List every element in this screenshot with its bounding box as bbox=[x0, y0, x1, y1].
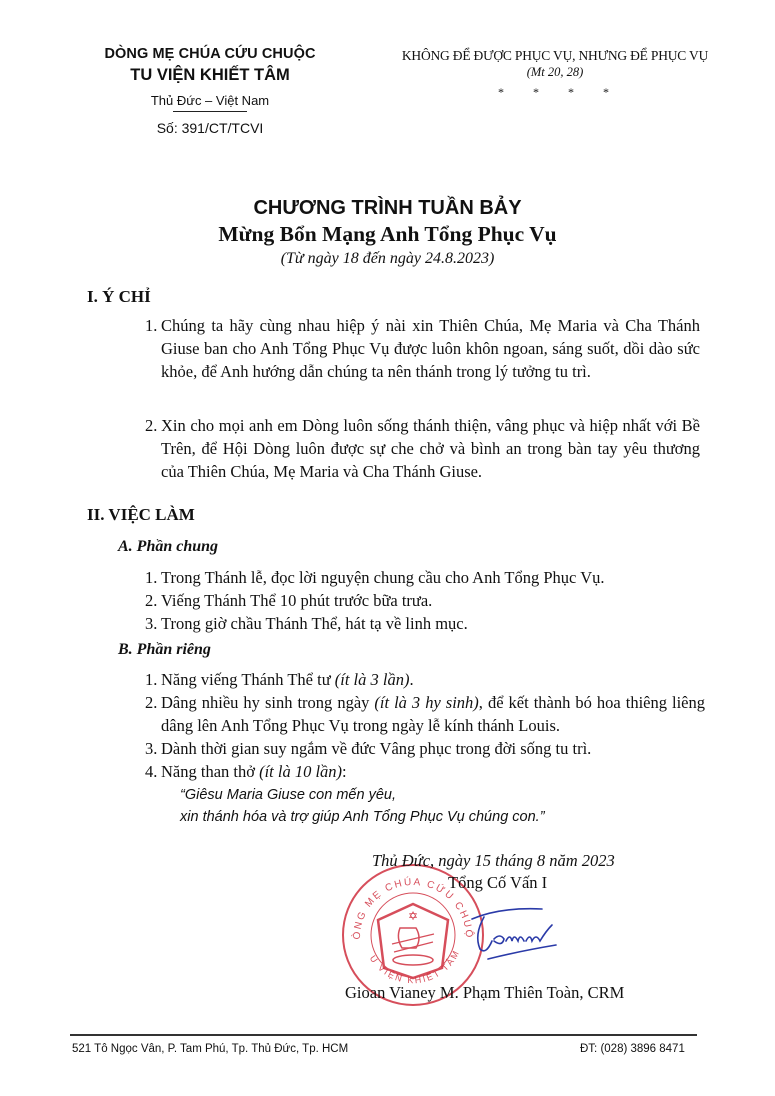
list-item: 2. Viếng Thánh Thể 10 phút trước bữa trư… bbox=[145, 589, 705, 612]
list-item: 2. Xin cho mọi anh em Dòng luôn sống thá… bbox=[145, 414, 700, 483]
footer-phone: ĐT: (028) 3896 8471 bbox=[580, 1043, 685, 1055]
signer-name: Gioan Vianey M. Phạm Thiên Toàn, CRM bbox=[345, 983, 624, 1003]
item-number: 3. bbox=[145, 737, 157, 760]
item-note: (ít là 3 lần) bbox=[335, 670, 410, 689]
list-item: 1. Trong Thánh lễ, đọc lời nguyện chung … bbox=[145, 566, 705, 589]
item-number: 1. bbox=[145, 566, 157, 589]
item-number: 4. bbox=[145, 760, 157, 783]
item-text: Dâng nhiều hy sinh trong ngày bbox=[161, 693, 374, 712]
prayer-line: “Giêsu Maria Giuse con mến yêu, bbox=[180, 784, 545, 806]
item-text: Năng viếng Thánh Thể tư bbox=[161, 670, 335, 689]
prayer-line: xin thánh hóa và trợ giúp Anh Tổng Phục … bbox=[180, 806, 545, 828]
page-title: CHƯƠNG TRÌNH TUẦN BẢY bbox=[0, 197, 775, 220]
item-text-after: . bbox=[409, 670, 413, 689]
signature-date: Thủ Đức, ngày 15 tháng 8 năm 2023 bbox=[372, 851, 615, 871]
signature-role: Tổng Cố Vấn I bbox=[448, 873, 547, 893]
item-note: (ít là 10 lần) bbox=[259, 762, 342, 781]
item-note: (ít là 3 hy sinh) bbox=[374, 693, 478, 712]
ornament-stars: * * * * bbox=[390, 85, 720, 100]
footer-divider bbox=[70, 1034, 697, 1036]
motto: KHÔNG ĐỂ ĐƯỢC PHỤC VỤ, NHƯNG ĐỂ PHỤC VỤ bbox=[390, 48, 720, 64]
item-text: Chúng ta hãy cùng nhau hiệp ý nài xin Th… bbox=[161, 314, 700, 383]
list-item: 1. Năng viếng Thánh Thể tư (ít là 3 lần)… bbox=[145, 668, 705, 691]
item-number: 2. bbox=[145, 414, 157, 437]
item-number: 3. bbox=[145, 612, 157, 635]
item-text-after: : bbox=[342, 762, 347, 781]
item-number: 1. bbox=[145, 314, 157, 337]
section-2-heading: II. VIỆC LÀM bbox=[87, 505, 195, 525]
list-item: 3. Dành thời gian suy ngắm về đức Vâng p… bbox=[145, 737, 705, 760]
page-subtitle: Mừng Bổn Mạng Anh Tổng Phục Vụ bbox=[0, 222, 775, 247]
house-name: TU VIỆN KHIẾT TÂM bbox=[95, 66, 325, 85]
item-number: 1. bbox=[145, 668, 157, 691]
prayer-quote: “Giêsu Maria Giuse con mến yêu, xin thán… bbox=[180, 784, 545, 828]
part-b-heading: B. Phần riêng bbox=[118, 641, 211, 659]
date-range: (Từ ngày 18 đến ngày 24.8.2023) bbox=[0, 250, 775, 268]
motto-reference: (Mt 20, 28) bbox=[390, 65, 720, 80]
letterhead-left: DÒNG MẸ CHÚA CỨU CHUỘC TU VIỆN KHIẾT TÂM… bbox=[95, 46, 325, 136]
list-item: 3. Trong giờ chầu Thánh Thể, hát tạ về l… bbox=[145, 612, 705, 635]
title-block: CHƯƠNG TRÌNH TUẦN BẢY Mừng Bổn Mạng Anh … bbox=[0, 197, 775, 268]
item-text: Dành thời gian suy ngắm về đức Vâng phục… bbox=[161, 737, 705, 760]
reference-number: Số: 391/CT/TCVI bbox=[95, 120, 325, 136]
organization-name: DÒNG MẸ CHÚA CỨU CHUỘC bbox=[95, 46, 325, 62]
handwritten-signature bbox=[470, 905, 580, 965]
location-underline bbox=[173, 111, 247, 112]
item-text: Xin cho mọi anh em Dòng luôn sống thánh … bbox=[161, 414, 700, 483]
item-number: 2. bbox=[145, 691, 157, 714]
star-icon: ✡ bbox=[408, 909, 418, 923]
item-text: Năng than thở bbox=[161, 762, 259, 781]
item-text: Trong Thánh lễ, đọc lời nguyện chung cầu… bbox=[161, 566, 705, 589]
item-number: 2. bbox=[145, 589, 157, 612]
item-text: Trong giờ chầu Thánh Thể, hát tạ về linh… bbox=[161, 612, 705, 635]
footer-address: 521 Tô Ngọc Vân, P. Tam Phú, Tp. Thủ Đức… bbox=[72, 1043, 348, 1055]
list-item: 2. Dâng nhiều hy sinh trong ngày (ít là … bbox=[145, 691, 705, 737]
part-a-heading: A. Phần chung bbox=[118, 538, 218, 556]
list-item: 4. Năng than thở (ít là 10 lần): bbox=[145, 760, 705, 783]
location: Thủ Đức – Việt Nam bbox=[151, 93, 269, 108]
section-1-heading: I. Ý CHỈ bbox=[87, 287, 151, 307]
item-text: Viếng Thánh Thể 10 phút trước bữa trưa. bbox=[161, 589, 705, 612]
letterhead-right: KHÔNG ĐỂ ĐƯỢC PHỤC VỤ, NHƯNG ĐỂ PHỤC VỤ … bbox=[390, 48, 720, 100]
list-item: 1. Chúng ta hãy cùng nhau hiệp ý nài xin… bbox=[145, 314, 700, 383]
